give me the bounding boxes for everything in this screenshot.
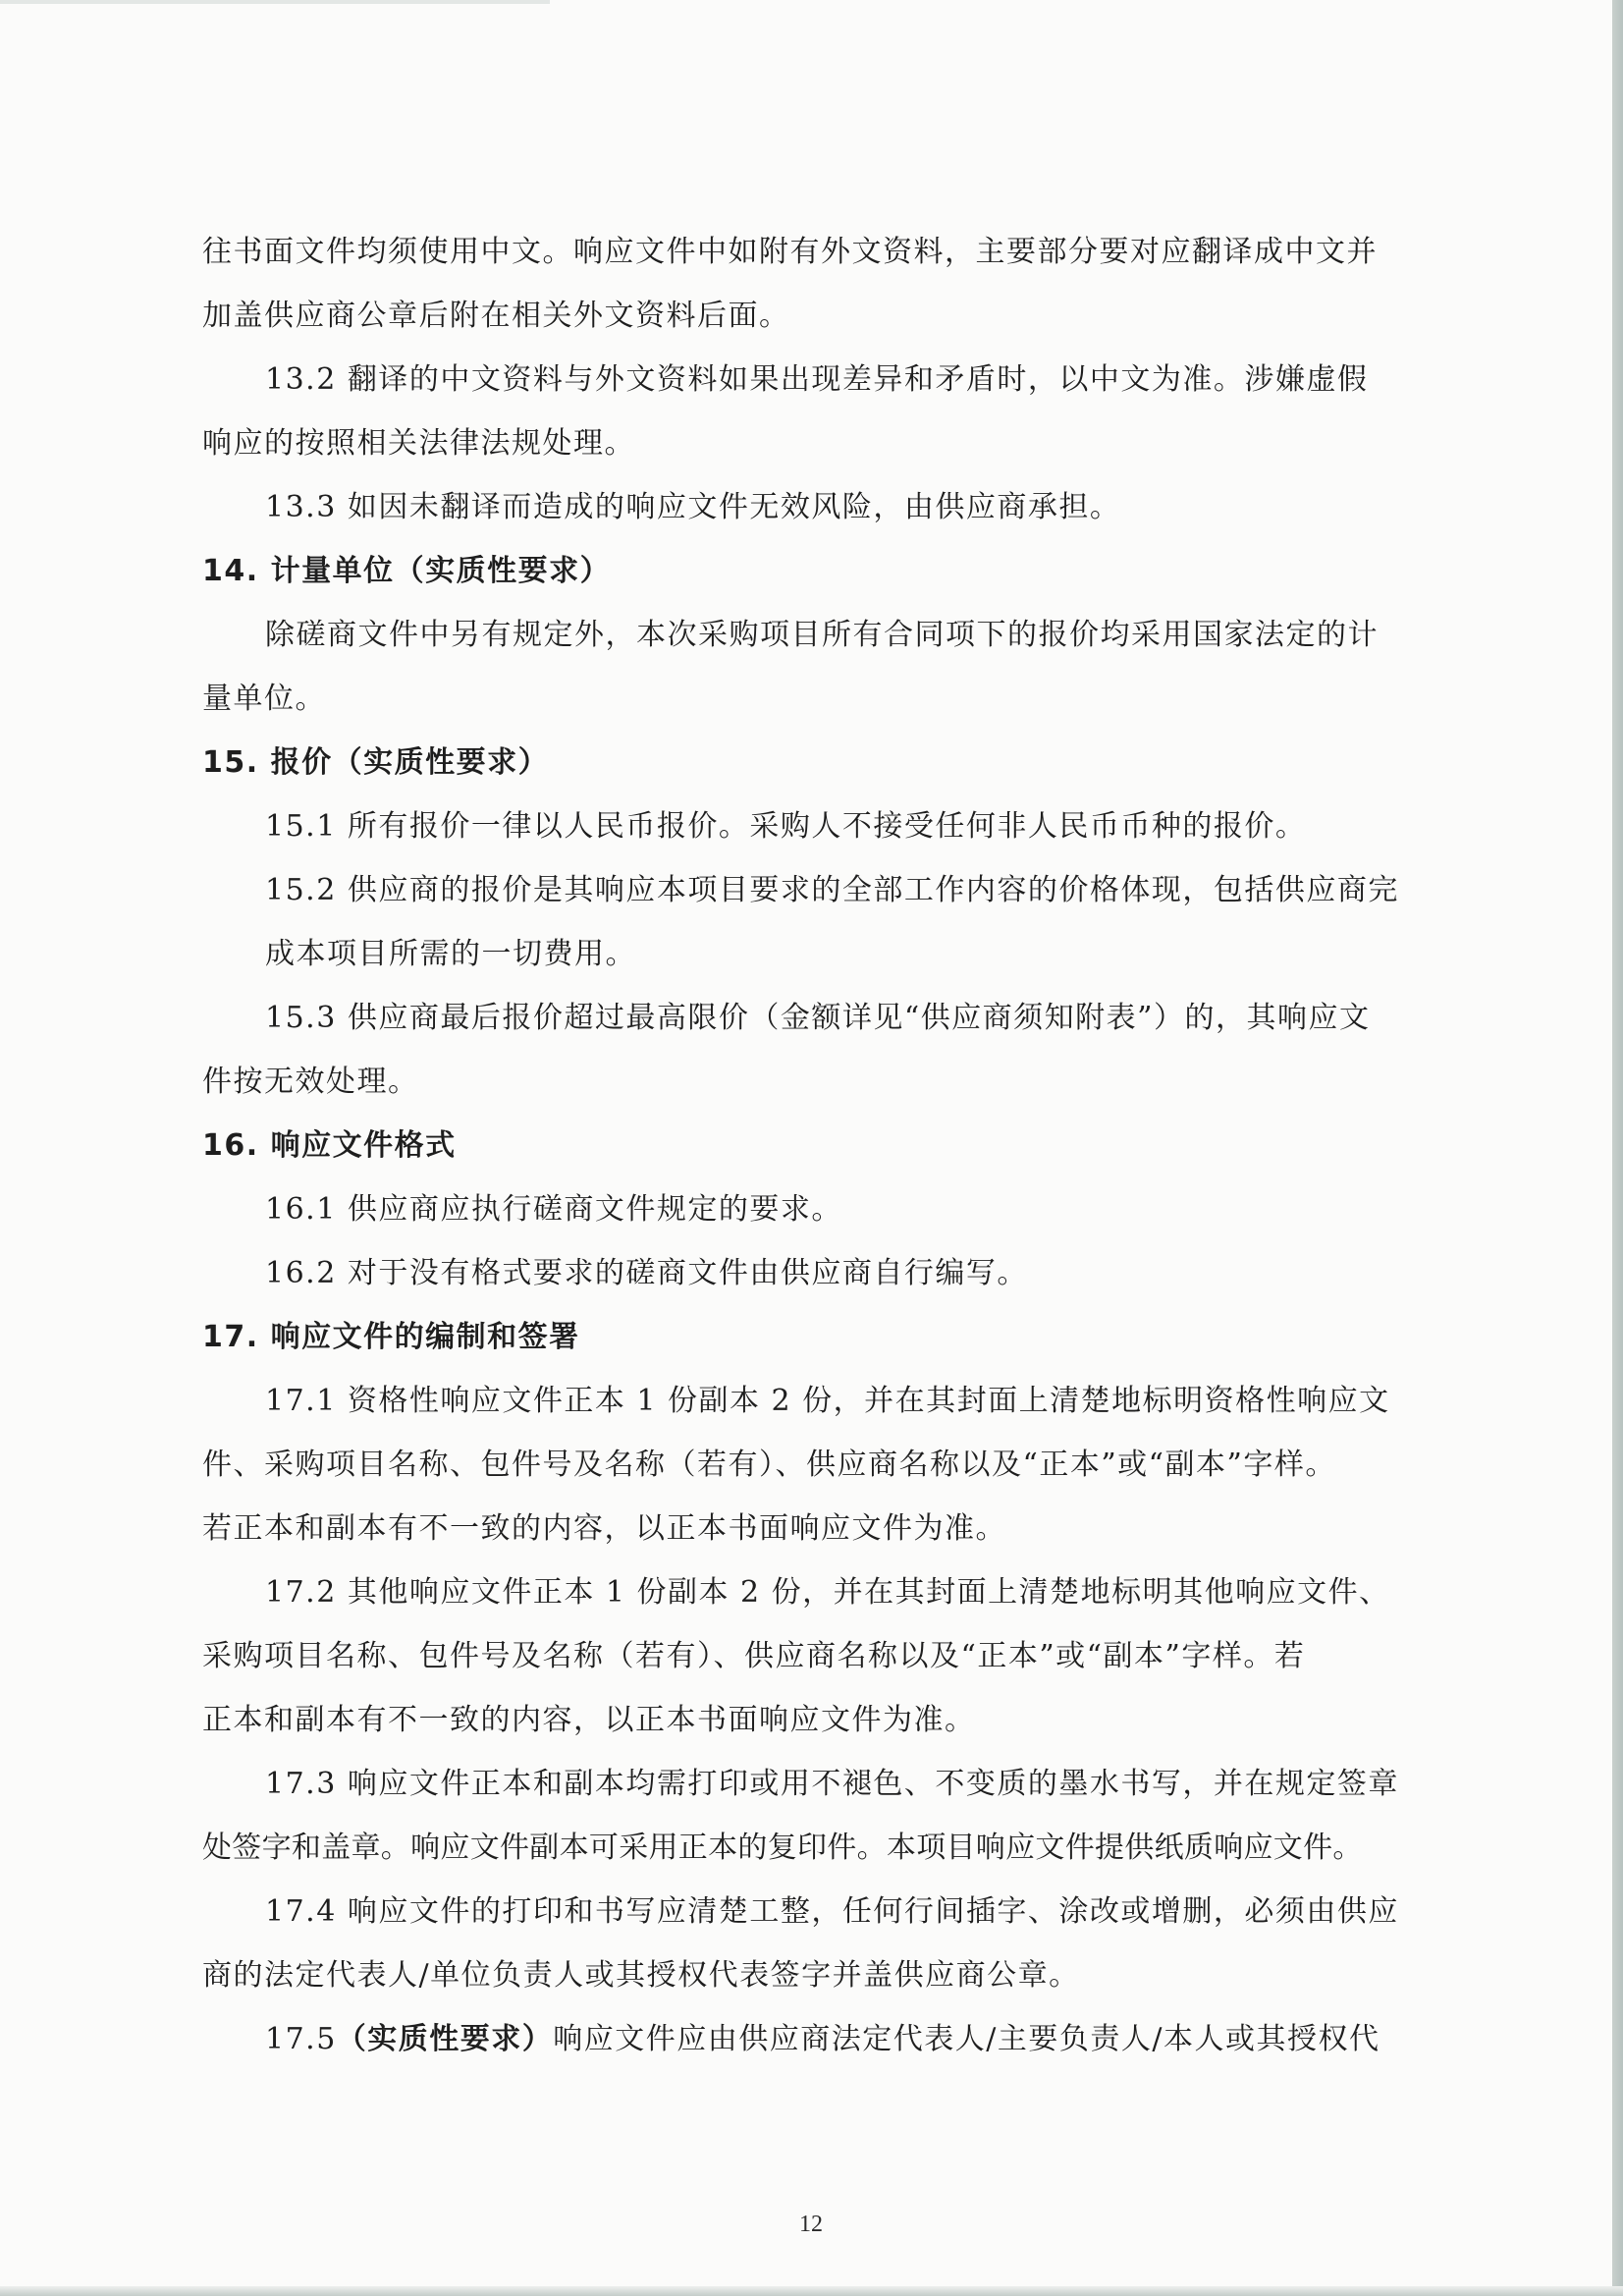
section-heading-16: 16. 响应文件格式 <box>202 1124 1420 1168</box>
scan-edge-bottom <box>0 2286 1623 2296</box>
clause-15-2-continuation: 成本项目所需的一切费用。 <box>265 933 1420 976</box>
section-14-body: 除磋商文件中另有规定外，本次采购项目所有合同项下的报价均采用国家法定的计 <box>265 614 1420 657</box>
substantive-requirement-label: （实质性要求） <box>337 2022 554 2056</box>
document-page: 往书面文件均须使用中文。响应文件中如附有外文资料，主要部分要对应翻译成中文并 加… <box>0 0 1612 2286</box>
clause-17-3-continuation: 处签字和盖章。响应文件副本可采用正本的复印件。本项目响应文件提供纸质响应文件。 <box>202 1827 1420 1870</box>
clause-17-3: 17.3 响应文件正本和副本均需打印或用不褪色、不变质的墨水书写，并在规定签章 <box>265 1763 1420 1806</box>
clause-17-1-continuation: 件、采购项目名称、包件号及名称（若有）、供应商名称以及“正本”或“副本”字样。 <box>202 1444 1420 1487</box>
clause-17-4: 17.4 响应文件的打印和书写应清楚工整，任何行间插字、涂改或增删，必须由供应 <box>265 1890 1420 1934</box>
clause-17-2: 17.2 其他响应文件正本 1 份副本 2 份，并在其封面上清楚地标明其他响应文… <box>265 1571 1420 1614</box>
clause-17-4-continuation: 商的法定代表人/单位负责人或其授权代表签字并盖供应商公章。 <box>202 1954 1420 1997</box>
clause-17-1: 17.1 资格性响应文件正本 1 份副本 2 份，并在其封面上清楚地标明资格性响… <box>265 1380 1420 1423</box>
clause-15-1: 15.1 所有报价一律以人民币报价。采购人不接受任何非人民币币种的报价。 <box>265 805 1420 848</box>
section-heading-14: 14. 计量单位（实质性要求） <box>202 550 1420 593</box>
clause-16-2: 16.2 对于没有格式要求的磋商文件由供应商自行编写。 <box>265 1252 1420 1295</box>
clause-number: 17.5 <box>265 2022 337 2056</box>
scan-edge-right <box>1612 0 1623 2296</box>
clause-16-1: 16.1 供应商应执行磋商文件规定的要求。 <box>265 1188 1420 1231</box>
clause-13-2-continuation: 响应的按照相关法律法规处理。 <box>202 422 1420 465</box>
paragraph-13-1-continuation: 往书面文件均须使用中文。响应文件中如附有外文资料，主要部分要对应翻译成中文并 <box>202 231 1420 274</box>
clause-15-2: 15.2 供应商的报价是其响应本项目要求的全部工作内容的价格体现，包括供应商完 <box>265 869 1420 912</box>
clause-13-2: 13.2 翻译的中文资料与外文资料如果出现差异和矛盾时，以中文为准。涉嫌虚假 <box>265 358 1420 402</box>
clause-15-3-continuation: 件按无效处理。 <box>202 1061 1420 1104</box>
clause-text: 响应文件应由供应商法定代表人/主要负责人/本人或其授权代 <box>553 2022 1380 2056</box>
clause-17-1-continuation: 若正本和副本有不一致的内容，以正本书面响应文件为准。 <box>202 1507 1420 1551</box>
clause-15-3: 15.3 供应商最后报价超过最高限价（金额详见“供应商须知附表”）的，其响应文 <box>265 997 1420 1040</box>
clause-13-3: 13.3 如因未翻译而造成的响应文件无效风险，由供应商承担。 <box>265 486 1420 529</box>
clause-17-2-continuation: 正本和副本有不一致的内容，以正本书面响应文件为准。 <box>202 1699 1420 1742</box>
section-heading-17: 17. 响应文件的编制和签署 <box>202 1316 1420 1359</box>
section-14-body-continuation: 量单位。 <box>202 678 1420 721</box>
section-heading-15: 15. 报价（实质性要求） <box>202 741 1420 785</box>
clause-17-5: 17.5（实质性要求）响应文件应由供应商法定代表人/主要负责人/本人或其授权代 <box>265 2018 1420 2061</box>
scan-edge-top <box>0 0 550 4</box>
page-number: 12 <box>791 2212 831 2238</box>
paragraph-13-1-continuation: 加盖供应商公章后附在相关外文资料后面。 <box>202 295 1420 338</box>
clause-17-2-continuation: 采购项目名称、包件号及名称（若有）、供应商名称以及“正本”或“副本”字样。若 <box>202 1635 1420 1678</box>
